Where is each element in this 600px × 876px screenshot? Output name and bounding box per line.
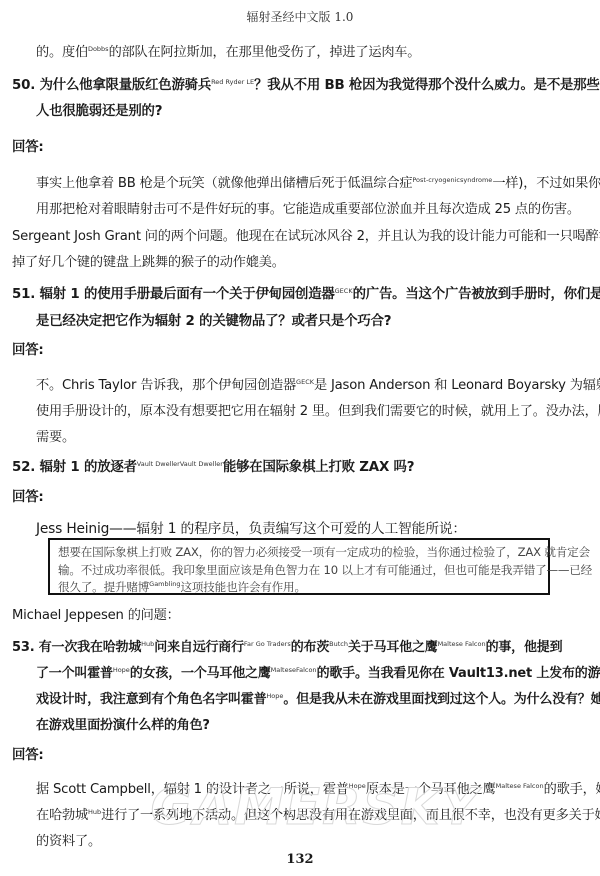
text: 在哈勃城 — [36, 808, 88, 823]
answer-50-line: 事实上他拿着 BB 枪是个玩笑（就像他弹出储槽后死于低温综合症Post-cryo… — [36, 172, 600, 191]
text: 问来自远行商行 — [154, 640, 244, 655]
text: 的事，他提到 — [486, 640, 563, 655]
question-51-line: 51. 辐射 1 的使用手册最后面有一个关于伊甸园创造器GECK的广告。当这个广… — [12, 283, 600, 302]
text: 很久了。提升赌博 — [58, 580, 149, 594]
annotation-sup: Maltese Falcon — [496, 782, 544, 790]
annotation-sup: GECK — [296, 378, 314, 386]
text: 关于马耳他之鹰 — [348, 640, 438, 655]
quote-line: 很久了。提升赌博Gambling这项技能也许会有作用。 — [58, 579, 306, 595]
question-53-line: 在游戏里面扮演什么样的角色? — [36, 714, 210, 733]
paragraph-line: 的。度伯Dobbs的部队在阿拉斯加，在那里他受伤了，掉进了运肉车。 — [36, 41, 420, 60]
text: 50. 为什么他拿限量版红色游骑兵 — [12, 78, 211, 93]
answer-50-line: 用那把枪对着眼睛射击可不是件好玩的事。它能造成重要部位淤血并且每次造成 25 点… — [36, 198, 580, 217]
page-number: 132 — [0, 852, 600, 867]
annotation-sup: Butch — [329, 640, 348, 648]
answer-53-line: 据 Scott Campbell，辐射 1 的设计者之一所说，霍普Hope原本是… — [36, 778, 600, 797]
annotation-sup: Hope — [113, 666, 130, 674]
answer-label: 回答: — [12, 339, 44, 358]
annotation-sup: Hope — [349, 782, 366, 790]
annotation-sup: MalteseFalcon — [271, 666, 317, 674]
annotation-sup: GECK — [335, 287, 353, 295]
text: 原本是一个马耳他之鹰 — [366, 782, 496, 797]
text: 戏设计时，我注意到有个角色名字叫霍普 — [36, 692, 266, 707]
text: 的部队在阿拉斯加，在那里他受伤了，掉进了运肉车。 — [109, 45, 421, 60]
text: 53. 有一次我在哈勃城 — [12, 640, 141, 655]
annotation-sup: Hub — [141, 640, 154, 648]
text: 的女孩，一个马耳他之鹰 — [130, 666, 271, 681]
text: 一样)，不过如果你 — [492, 176, 600, 191]
answer-52-intro: Jess Heinig——辐射 1 的程序员，负责编写这个可爱的人工智能所说： — [36, 517, 466, 537]
text: 的布茨 — [291, 640, 329, 655]
text: 的。度伯 — [36, 45, 88, 60]
annotation-sup: Far Go Traders — [244, 640, 291, 648]
annotation-sup: Gambling — [149, 580, 180, 588]
text: 是 Jason Anderson 和 Leonard Boyarsky 为辐射 … — [314, 378, 600, 393]
text: 的歌手。当我看见你在 Vault13.net 上发布的游 — [317, 666, 600, 681]
answer-53-line: 在哈勃城Hub进行了一系列地下活动。但这个构思没有用在游戏里面，而且很不幸，也没… — [36, 804, 600, 823]
text: 了一个叫霍普 — [36, 666, 113, 681]
quote-line: 想要在国际象棋上打败 ZAX，你的智力必须接受一项有一定成功的检验，当你通过检验… — [58, 544, 590, 560]
answer-label: 回答: — [12, 744, 44, 763]
text: 事实上他拿着 BB 枪是个玩笑（就像他弹出储槽后死于低温综合症 — [36, 176, 412, 191]
annotation-sup: Hope — [266, 692, 283, 700]
text: 的广告。当这个广告被放到手册时，你们是不 — [353, 287, 600, 302]
question-50-line: 人也很脆弱还是别的? — [36, 100, 162, 119]
answer-label: 回答: — [12, 136, 44, 155]
quote-box: 想要在国际象棋上打败 ZAX，你的智力必须接受一项有一定成功的检验，当你通过检验… — [48, 538, 550, 595]
text: ？我从不用 BB 枪因为我觉得那个没什么威力。是不是那些敌 — [254, 78, 600, 93]
question-53-line: 戏设计时，我注意到有个角色名字叫霍普Hope。但是我从未在游戏里面找到过这个人。… — [36, 688, 600, 707]
questioner-intro-line: 掉了好几个键的键盘上跳舞的猴子的动作媲美。 — [12, 251, 285, 270]
annotation-sup: Red Ryder LE — [211, 78, 254, 86]
text: 这项技能也许会有作用。 — [181, 580, 306, 594]
answer-51-line: 不。Chris Taylor 告诉我，那个伊甸园创造器GECK是 Jason A… — [36, 374, 600, 393]
question-53-line: 53. 有一次我在哈勃城Hub问来自远行商行Far Go Traders的布茨B… — [12, 636, 562, 655]
annotation-sup: Dobbs — [88, 45, 109, 53]
annotation-sup: Post-cryogenicsyndrome — [412, 176, 492, 184]
question-51-line: 是已经决定把它作为辐射 2 的关键物品了？或者只是个巧合? — [36, 310, 391, 329]
answer-51-line: 使用手册设计的，原本没有想要把它用在辐射 2 里。但到我们需要它的时候，就用上了… — [36, 400, 600, 419]
running-header: 辐射圣经中文版 1.0 — [0, 8, 600, 25]
quote-line: 输。不过成功率很低。我印象里面应该是角色智力在 10 以上才有可能通过，但也可能… — [58, 562, 592, 578]
question-50-line: 50. 为什么他拿限量版红色游骑兵Red Ryder LE？我从不用 BB 枪因… — [12, 74, 600, 93]
questioner-intro-line: Michael Jeppesen 的问题： — [12, 604, 180, 623]
text: 进行了一系列地下活动。但这个构思没有用在游戏里面，而且很不幸，也没有更多关于她 — [101, 808, 600, 823]
question-52-line: 52. 辐射 1 的放逐者Vault DwellerVault Dweller能… — [12, 456, 414, 475]
answer-53-line: 的资料了。 — [36, 830, 101, 849]
text: 不。Chris Taylor 告诉我，那个伊甸园创造器 — [36, 378, 296, 393]
text: 的歌手，她 — [544, 782, 600, 797]
text: 据 Scott Campbell，辐射 1 的设计者之一所说，霍普 — [36, 782, 349, 797]
answer-51-line: 需要。 — [36, 426, 75, 445]
annotation-sup: Maltese Falcon — [438, 640, 486, 648]
text: 51. 辐射 1 的使用手册最后面有一个关于伊甸园创造器 — [12, 287, 335, 302]
question-53-line: 了一个叫霍普Hope的女孩，一个马耳他之鹰MalteseFalcon的歌手。当我… — [36, 662, 600, 681]
text: 。但是我从未在游戏里面找到过这个人。为什么没有？她 — [283, 692, 600, 707]
text: 52. 辐射 1 的放逐者 — [12, 460, 137, 475]
annotation-sup: Vault DwellerVault Dweller — [137, 460, 223, 468]
text: 能够在国际象棋上打败 ZAX 吗? — [223, 460, 414, 475]
annotation-sup: Hub — [88, 808, 101, 816]
answer-label: 回答: — [12, 486, 44, 505]
questioner-intro-line: Sergeant Josh Grant 问的两个问题。他现在在试玩冰风谷 2，并… — [12, 225, 600, 244]
